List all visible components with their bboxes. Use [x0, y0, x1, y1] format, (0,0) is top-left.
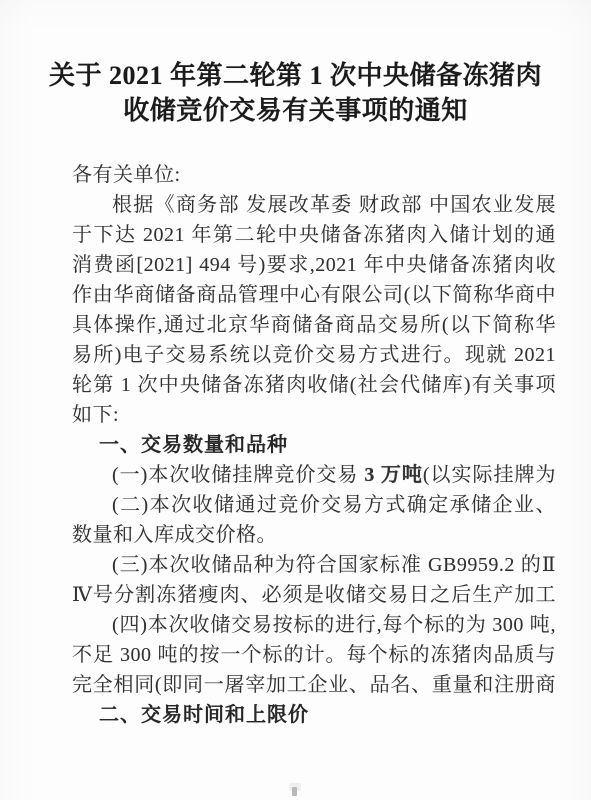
text-line: (三)本次收储品种为符合国家标准 GB9959.2 的Ⅱ号、: [72, 550, 556, 580]
text-line: 完全相同(即同一屠宰加工企业、品名、重量和注册商标等)。: [72, 670, 556, 700]
text-line: 于下达 2021 年第二轮中央储备冻猪肉入储计划的通知》(商: [72, 220, 556, 250]
text-segment: (一)本次收储挂牌竞价交易: [112, 464, 364, 486]
document-page: 关于 2021 年第二轮第 1 次中央储备冻猪肉 收储竞价交易有关事项的通知 各…: [0, 0, 591, 800]
text-line: 不足 300 吨的按一个标的计。每个标的冻猪肉品质与包装要: [72, 640, 556, 670]
text-line: 数量和入库成交价格。: [72, 520, 556, 550]
text-line: 作由华商储备商品管理中心有限公司(以下简称华商中心): [72, 280, 556, 310]
text-line: 具体操作,通过北京华商储备商品交易所(以下简称华储交: [72, 310, 556, 340]
document-title: 关于 2021 年第二轮第 1 次中央储备冻猪肉 收储竞价交易有关事项的通知: [28, 58, 563, 128]
text-line: (四)本次收储交易按标的进行,每个标的为 300 吨,: [72, 610, 556, 640]
text-segment: 根据《商务部 发展改革委 财政部 中国农业发展银行关: [72, 194, 556, 220]
text-line: 各有关单位:: [72, 160, 556, 190]
text-line: 易所)电子交易系统以竞价交易方式进行。现就 2021 年第二: [72, 340, 556, 370]
text-segment: 如下:: [72, 404, 119, 426]
text-line: 根据《商务部 发展改革委 财政部 中国农业发展银行关: [72, 190, 556, 220]
section-heading: 一、交易数量和品种: [72, 430, 556, 460]
text-line: (一)本次收储挂牌竞价交易 3 万吨(以实际挂牌为准)。: [72, 460, 556, 490]
text-segment: 各有关单位:: [72, 164, 181, 186]
text-segment: 于下达 2021 年第二轮中央储备冻猪肉入储计划的通知》(商: [72, 224, 556, 250]
text-segment: 易所)电子交易系统以竞价交易方式进行。现就 2021 年第二: [72, 344, 556, 370]
text-line: 消费函[2021] 494 号)要求,2021 年中央储备冻猪肉收储工: [72, 250, 556, 280]
text-line: (二)本次收储通过竞价交易方式确定承储企业、承储: [72, 490, 556, 520]
text-segment: 二、交易时间和上限价: [99, 704, 309, 726]
text-segment: 数量和入库成交价格。: [72, 524, 277, 546]
text-segment: 消费函[2021] 494 号)要求,2021 年中央储备冻猪肉收储工: [72, 254, 556, 280]
text-line: 轮第 1 次中央储备冻猪肉收储(社会代储库)有关事项通知: [72, 370, 556, 400]
text-line: 如下:: [72, 400, 556, 430]
text-segment: 一、交易数量和品种: [99, 434, 288, 456]
text-line: Ⅳ号分割冻猪瘦肉、必须是收储交易日之后生产加工的产品。: [72, 580, 556, 610]
text-segment: 作由华商储备商品管理中心有限公司(以下简称华商中心): [72, 284, 556, 310]
text-segment: Ⅳ号分割冻猪瘦肉、必须是收储交易日之后生产加工的产品。: [72, 584, 556, 610]
text-segment: 完全相同(即同一屠宰加工企业、品名、重量和注册商标等)。: [72, 674, 556, 700]
document-title-line-1: 关于 2021 年第二轮第 1 次中央储备冻猪肉: [28, 58, 563, 93]
scan-artifact: [292, 787, 297, 796]
section-heading: 二、交易时间和上限价: [72, 700, 556, 730]
bold-text: 3 万吨: [364, 464, 423, 486]
text-segment: 具体操作,通过北京华商储备商品交易所(以下简称华储交: [72, 314, 556, 340]
document-body: 各有关单位:根据《商务部 发展改革委 财政部 中国农业发展银行关于下达 2021…: [72, 160, 556, 730]
text-segment: (四)本次收储交易按标的进行,每个标的为 300 吨,: [112, 614, 556, 636]
text-segment: (二)本次收储通过竞价交易方式确定承储企业、承储: [72, 494, 556, 520]
document-title-line-2: 收储竞价交易有关事项的通知: [28, 93, 563, 128]
text-segment: 不足 300 吨的按一个标的计。每个标的冻猪肉品质与包装要: [72, 644, 556, 670]
text-segment: 轮第 1 次中央储备冻猪肉收储(社会代储库)有关事项通知: [72, 374, 556, 400]
text-segment: (三)本次收储品种为符合国家标准 GB9959.2 的Ⅱ号、: [72, 554, 556, 580]
